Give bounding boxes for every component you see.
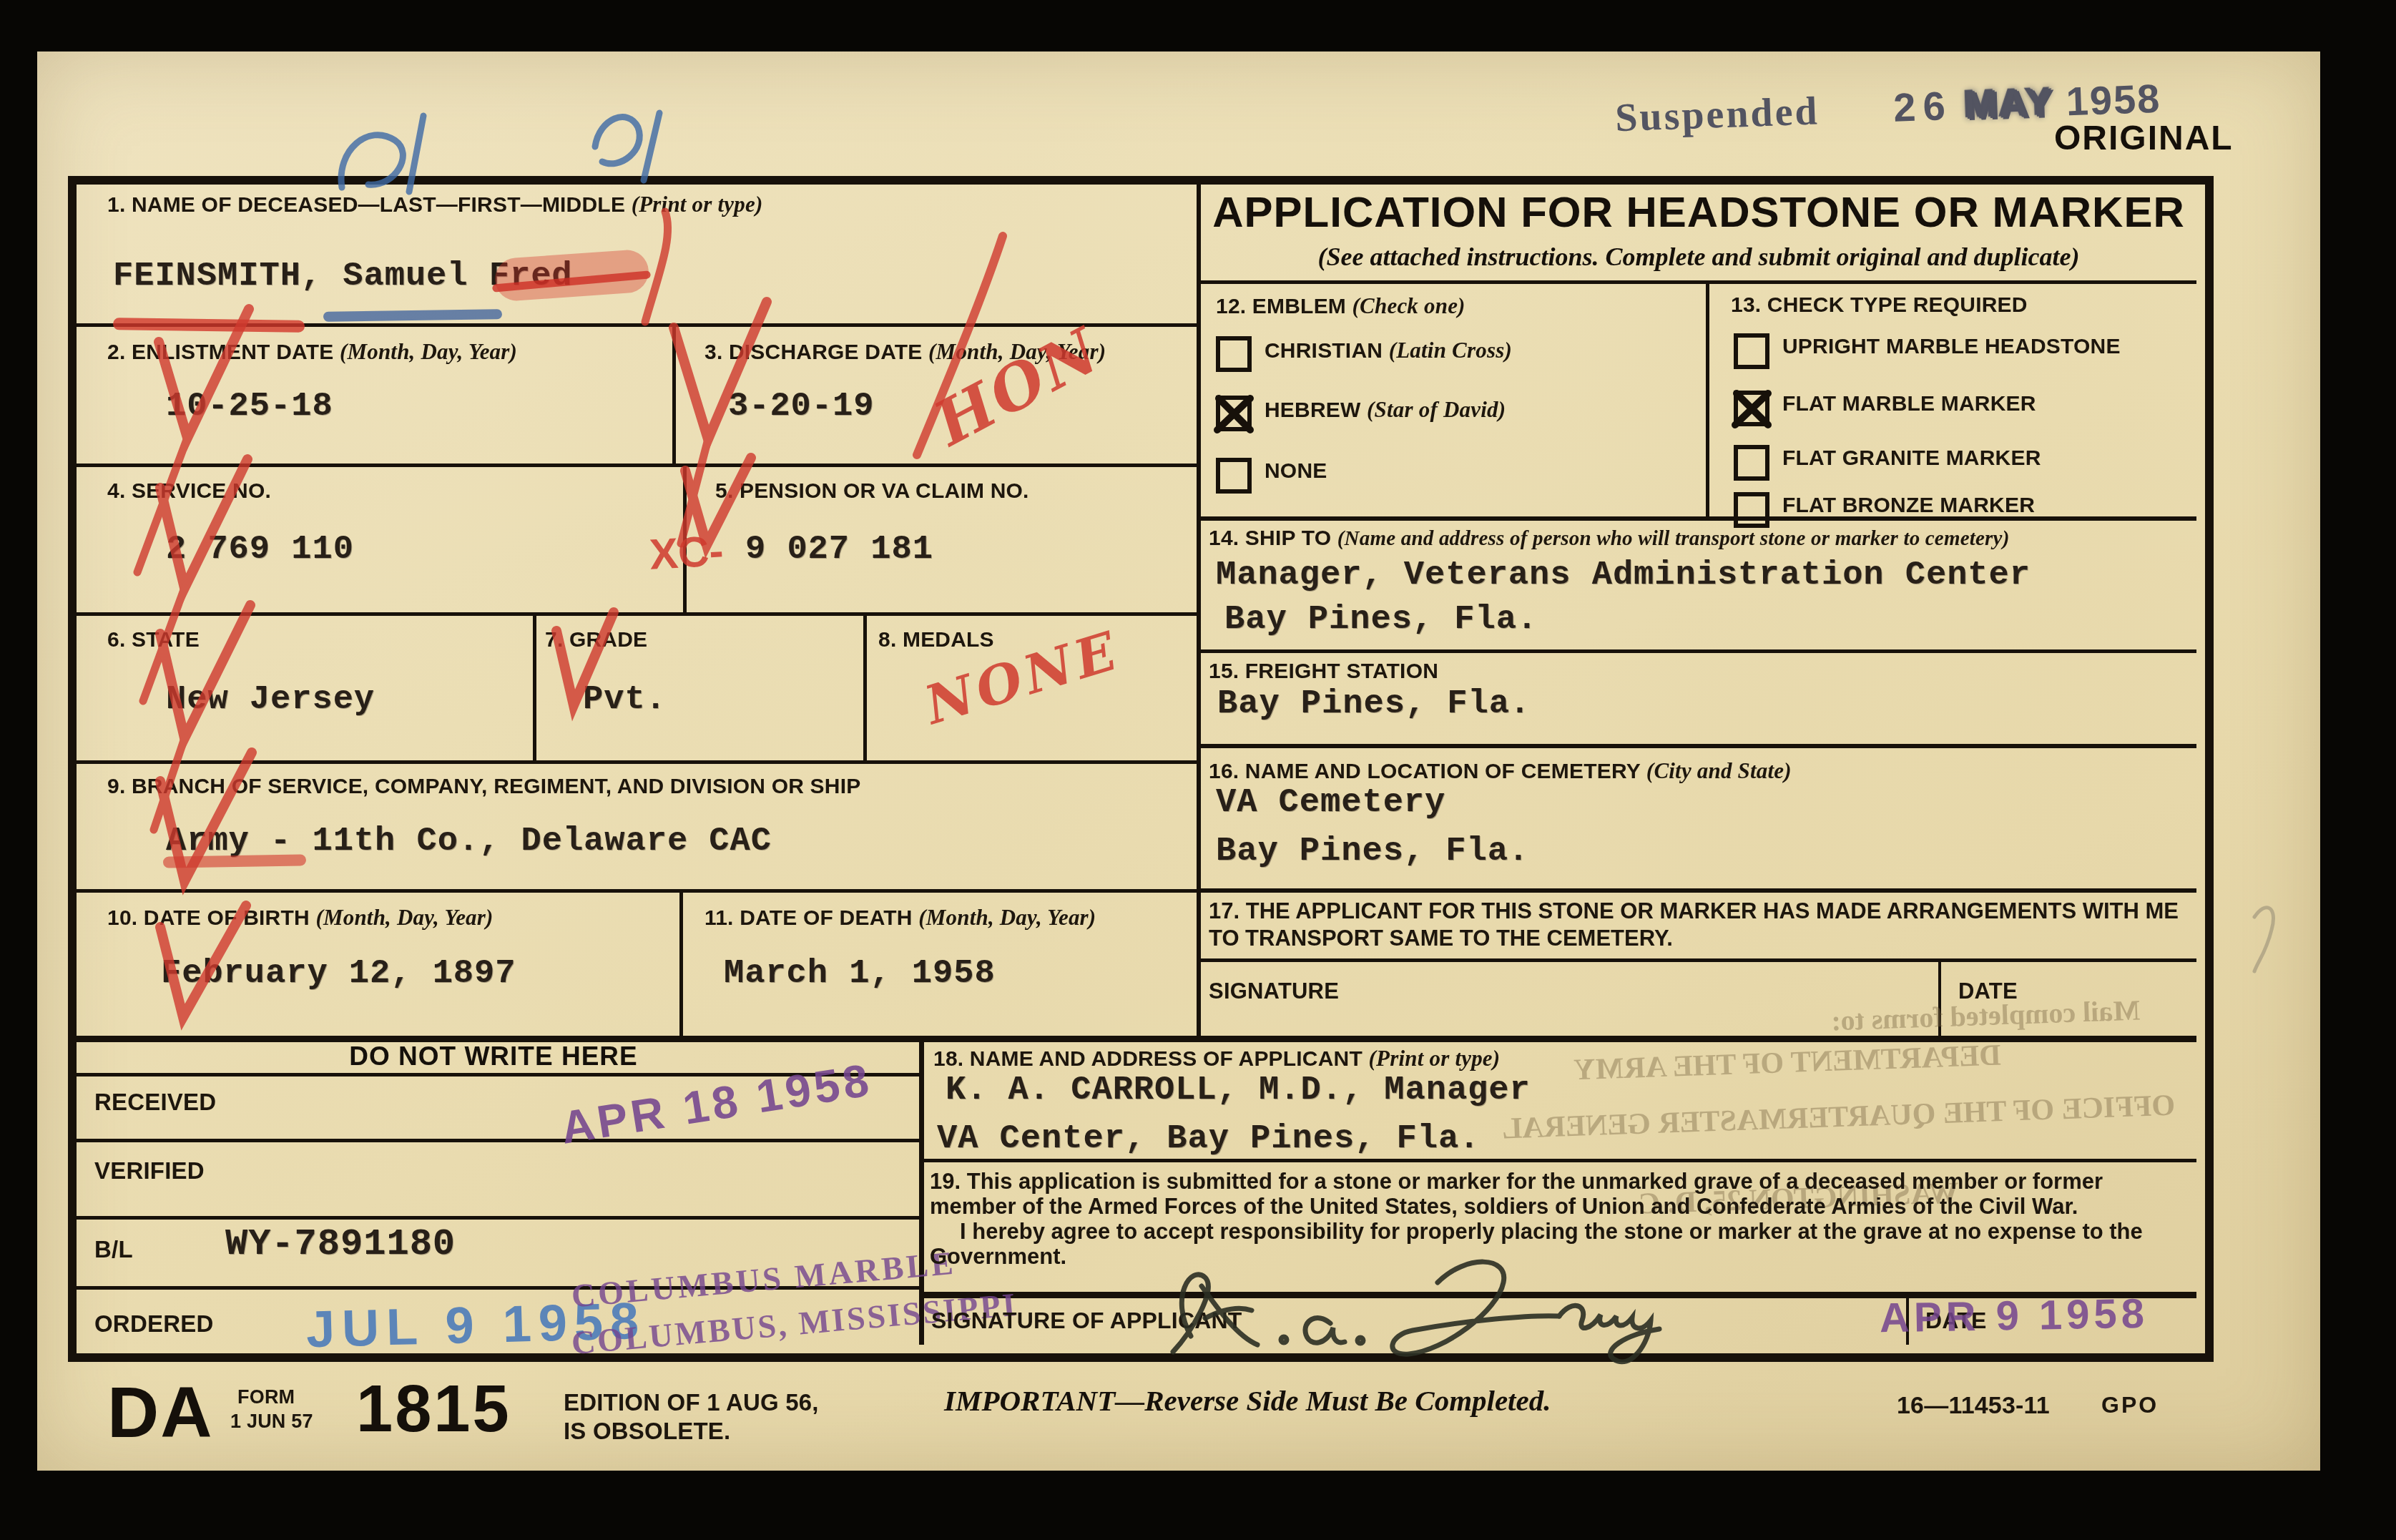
field17-text1: 17. THE APPLICANT FOR THIS STONE OR MARK…	[1209, 898, 2179, 924]
field18-label: 18. NAME AND ADDRESS OF APPLICANT (Print…	[933, 1046, 1500, 1071]
rule	[68, 889, 1201, 893]
scanned-document: Suspended 26 MAY 1958 ORIGINAL 1. NAME O…	[0, 0, 2396, 1540]
field1-label: 1. NAME OF DECEASED—LAST—FIRST—MIDDLE (P…	[107, 192, 762, 217]
field16-line2: Bay Pines, Fla.	[1216, 833, 1529, 870]
field4-value: 2 769 110	[166, 531, 354, 569]
checkbox-hebrew-label: HEBREW (Star of David)	[1265, 397, 1506, 423]
rule	[68, 464, 1201, 467]
edition-line1: EDITION OF 1 AUG 56,	[564, 1389, 819, 1416]
important-note: IMPORTANT—Reverse Side Must Be Completed…	[944, 1383, 1551, 1418]
field17-signature-label: SIGNATURE	[1209, 979, 1339, 1004]
checkbox-flat-granite	[1734, 445, 1769, 481]
field19-para2: I hereby agree to accept responsibility …	[930, 1219, 2194, 1269]
rule	[1201, 649, 2196, 653]
field17-text2: TO TRANSPORT SAME TO THE CEMETERY.	[1209, 926, 1673, 951]
form-number: 1815	[356, 1372, 511, 1447]
field2-value: 10-25-18	[166, 388, 333, 426]
column-divider	[1197, 176, 1201, 1036]
field15-label: 15. FREIGHT STATION	[1209, 659, 1438, 684]
field11-value: March 1, 1958	[724, 955, 996, 993]
field4-label: 4. SERVICE NO.	[107, 479, 271, 504]
signature-of-applicant-label: SIGNATURE OF APPLICANT	[931, 1308, 1242, 1334]
rule	[1201, 744, 2196, 748]
field15-value: Bay Pines, Fla.	[1217, 685, 1531, 723]
field10-label: 10. DATE OF BIRTH (Month, Day, Year)	[107, 905, 494, 931]
checkbox-flat-bronze-label: FLAT BRONZE MARKER	[1782, 494, 2035, 518]
bl-value: WY-7891180	[225, 1223, 456, 1265]
field8-label: 8. MEDALS	[878, 628, 994, 652]
rule	[1201, 958, 2196, 962]
field6-label: 6. STATE	[107, 628, 200, 652]
checkbox-flat-bronze	[1734, 492, 1769, 528]
checkbox-christian	[1216, 336, 1252, 372]
field7-value: Pvt.	[583, 681, 667, 719]
checkbox-flat-granite-label: FLAT GRANITE MARKER	[1782, 446, 2041, 471]
claim-prefix-annotation: XC-	[648, 526, 725, 579]
checkbox-flat-marble	[1734, 391, 1769, 426]
checkbox-flat-marble-label: FLAT MARBLE MARKER	[1782, 392, 2036, 416]
field2-label: 2. ENLISTMENT DATE (Month, Day, Year)	[107, 339, 517, 365]
field3-value: 3-20-19	[728, 388, 874, 426]
checkbox-christian-label: CHRISTIAN (Latin Cross)	[1265, 338, 1512, 363]
field14-line2: Bay Pines, Fla.	[1224, 601, 1538, 639]
rule	[68, 1216, 919, 1220]
field19-text: 19. This application is submitted for a …	[930, 1169, 2194, 1269]
gpo-label: GPO	[2101, 1392, 2159, 1418]
suspended-day: 26	[1892, 83, 1953, 130]
ordered-label: ORDERED	[94, 1310, 213, 1338]
original-label: ORIGINAL	[2054, 119, 2234, 158]
rule	[68, 612, 1201, 616]
form-subtitle: (See attached instructions. Complete and…	[1201, 242, 2196, 272]
form-title: APPLICATION FOR HEADSTONE OR MARKER	[1201, 187, 2196, 237]
rule	[1706, 284, 1709, 516]
checkbox-none	[1216, 458, 1252, 494]
field18-line2: VA Center, Bay Pines, Fla.	[937, 1120, 1480, 1158]
applicant-date-stamp: APR 9 1958	[1879, 1290, 2149, 1343]
rule	[68, 1139, 919, 1142]
field7-label: 7. GRADE	[545, 628, 647, 652]
suspended-word: Suspended	[1614, 89, 1820, 140]
field9-label: 9. BRANCH OF SERVICE, COMPANY, REGIMENT,…	[107, 775, 860, 799]
da-label: DA	[107, 1372, 213, 1454]
field14-line1: Manager, Veterans Administration Center	[1216, 556, 2031, 594]
field18-line1: K. A. CARROLL, M.D., Manager	[946, 1071, 1531, 1109]
form-date: 1 JUN 57	[230, 1411, 313, 1433]
checkbox-none-label: NONE	[1265, 459, 1327, 484]
suspended-year: 1958	[2066, 76, 2162, 124]
field12-label: 12. EMBLEM (Check one)	[1216, 293, 1465, 319]
verified-label: VERIFIED	[94, 1157, 205, 1185]
print-code: 16—11453-11	[1897, 1392, 2050, 1420]
field5-label: 5. PENSION OR VA CLAIM NO.	[715, 479, 1029, 504]
field16-label: 16. NAME AND LOCATION OF CEMETERY (City …	[1209, 758, 1792, 784]
field5-value: 9 027 181	[745, 531, 933, 569]
suspended-month: MAY	[1963, 79, 2054, 127]
rule	[672, 323, 676, 464]
rule	[1201, 516, 2196, 521]
rule	[863, 612, 867, 760]
rule	[68, 760, 1201, 764]
field13-label: 13. CHECK TYPE REQUIRED	[1731, 293, 2028, 318]
edition-line2: IS OBSOLETE.	[564, 1418, 730, 1445]
bl-label: B/L	[94, 1236, 133, 1263]
checkbox-upright-marble	[1734, 333, 1769, 369]
checkbox-upright-marble-label: UPRIGHT MARBLE HEADSTONE	[1782, 335, 2121, 359]
rule	[679, 889, 683, 1036]
rule	[924, 1159, 2196, 1162]
received-label: RECEIVED	[94, 1089, 216, 1116]
field11-label: 11. DATE OF DEATH (Month, Day, Year)	[704, 905, 1096, 931]
rule	[1201, 888, 2196, 893]
field14-label: 14. SHIP TO (Name and address of person …	[1209, 526, 2010, 551]
field10-value: February 12, 1897	[161, 955, 516, 993]
field19-para1: 19. This application is submitted for a …	[930, 1169, 2194, 1219]
field16-line1: VA Cemetery	[1216, 784, 1445, 822]
rule	[1201, 280, 2196, 284]
field6-value: New Jersey	[166, 681, 375, 719]
rule	[533, 612, 536, 760]
checkbox-hebrew	[1216, 396, 1252, 431]
form-word: FORM	[237, 1386, 295, 1408]
